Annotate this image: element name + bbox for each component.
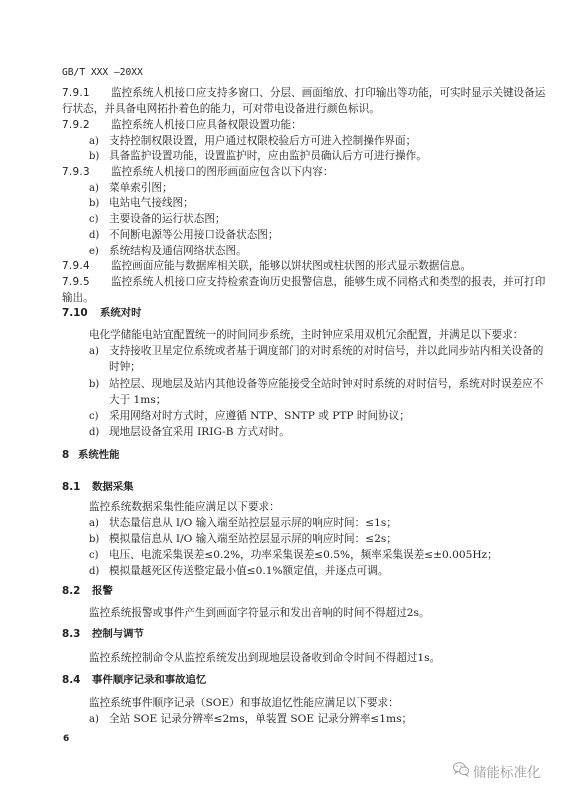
section-title: 数据采集 bbox=[92, 481, 134, 493]
list-item: b)电站电气接线图； bbox=[89, 196, 194, 211]
clause-text: 监控系统人机接口应具备权限设置功能： bbox=[111, 119, 302, 131]
list-marker: b) bbox=[89, 533, 109, 547]
chapter-title: 系统性能 bbox=[78, 449, 120, 461]
list-item: c)主要设备的运行状态图； bbox=[89, 212, 226, 227]
clause-text: 监控画面应能与数据库相关联，能够以饼状图或柱状图的形式显示数据信息。 bbox=[111, 260, 471, 272]
section-title: 系统对时 bbox=[100, 307, 142, 319]
section-intro: 监控系统事件顺序记录（SOE）和事故追忆性能应满足以下要求： bbox=[89, 696, 399, 710]
section-number: 8.2 bbox=[62, 584, 92, 598]
list-text: 不间断电源等公用接口设备状态图； bbox=[109, 229, 279, 241]
list-text: 模拟量越死区传送整定最小值≤0.1%额定值，并逐点可调。 bbox=[109, 565, 388, 577]
section-heading-8-2: 8.2报警 bbox=[62, 584, 113, 598]
section-intro: 电化学储能电站宜配置统一的时间同步系统，主时钟应采用双机冗余配置，并满足以下要求… bbox=[89, 328, 523, 342]
watermark: 储能标准化 bbox=[452, 761, 541, 781]
list-marker: a) bbox=[89, 345, 109, 359]
list-text: 采用网络对时方式时，应遵循 NTP、SNTP 或 PTP 时间协议； bbox=[109, 410, 410, 422]
clause-7-9-3: 7.9.3监控系统人机接口的图形画面应包含以下内容： bbox=[62, 165, 333, 179]
list-marker: d) bbox=[89, 229, 109, 243]
list-item: b)站控层、现地层及站内其他设备等应能接受全站时钟对时系统的对时信号，系统对时误… bbox=[89, 377, 543, 392]
clause-number: 7.9.4 bbox=[62, 259, 111, 273]
section-body: 监控系统控制命令从监控系统发出到现地层设备收到命令时间不得超过1s。 bbox=[89, 651, 440, 665]
list-text: 支持控制权限设置，用户通过权限校验后方可进入控制操作界面； bbox=[109, 135, 416, 147]
section-body: 监控系统报警或事件产生到画面字符显示和发出音响的时间不得超过2s。 bbox=[89, 606, 430, 620]
list-text: 系统结构及通信网络状态图。 bbox=[109, 245, 247, 257]
section-title: 控制与调节 bbox=[92, 628, 144, 640]
list-text: 全站 SOE 记录分辨率≤2ms，单装置 SOE 记录分辨率≤1ms； bbox=[109, 713, 412, 725]
section-number: 8.3 bbox=[62, 627, 92, 641]
section-heading-8-4: 8.4事件顺序记录和事故追忆 bbox=[62, 673, 206, 687]
section-number: 7.10 bbox=[62, 306, 100, 320]
list-item: b)模拟量信息从 I/O 输入端至站控层显示屏的响应时间：≤2s； bbox=[89, 532, 397, 547]
list-text: 支持接收卫星定位系统或者基于调度部门的对时系统的对时信号，并以此同步站内相关设备… bbox=[109, 345, 543, 357]
chapter-number: 8 bbox=[62, 448, 78, 462]
list-marker: b) bbox=[89, 150, 109, 164]
list-item: c)采用网络对时方式时，应遵循 NTP、SNTP 或 PTP 时间协议； bbox=[89, 409, 410, 424]
list-marker: d) bbox=[89, 565, 109, 579]
clause-number: 7.9.1 bbox=[62, 86, 111, 100]
list-marker: b) bbox=[89, 378, 109, 392]
list-item: d)现地层设备宜采用 IRIG-B 方式对时。 bbox=[89, 425, 290, 440]
list-marker: a) bbox=[89, 517, 109, 531]
clause-number: 7.9.5 bbox=[62, 275, 111, 289]
section-heading-8-3: 8.3控制与调节 bbox=[62, 627, 144, 641]
section-title: 报警 bbox=[92, 585, 113, 597]
list-item-cont: 大于 1ms； bbox=[109, 393, 166, 407]
list-item: b)具备监护设置功能，设置监护时，应由监护员确认后方可进行操作。 bbox=[89, 149, 427, 164]
list-item: d)不间断电源等公用接口设备状态图； bbox=[89, 228, 279, 243]
list-text: 模拟量信息从 I/O 输入端至站控层显示屏的响应时间：≤2s； bbox=[109, 533, 397, 545]
page-number: 6 bbox=[63, 732, 69, 746]
clause-7-9-4: 7.9.4监控画面应能与数据库相关联，能够以饼状图或柱状图的形式显示数据信息。 bbox=[62, 259, 471, 273]
list-item: a)菜单索引图； bbox=[89, 181, 173, 196]
list-item: d)模拟量越死区传送整定最小值≤0.1%额定值，并逐点可调。 bbox=[89, 564, 388, 579]
watermark-text: 储能标准化 bbox=[473, 761, 541, 781]
clause-7-9-5: 7.9.5监控系统人机接口应支持检索查询历史报警信息，能够生成不同格式和类型的报… bbox=[62, 275, 545, 289]
chapter-heading-8: 8系统性能 bbox=[62, 448, 120, 462]
clause-number: 7.9.2 bbox=[62, 118, 111, 132]
list-marker: c) bbox=[89, 549, 109, 563]
list-marker: a) bbox=[89, 135, 109, 149]
list-text: 现地层设备宜采用 IRIG-B 方式对时。 bbox=[109, 426, 290, 438]
clause-7-9-1: 7.9.1监控系统人机接口应支持多窗口、分层、画面缩放、打印输出等功能，可实时显… bbox=[62, 86, 545, 100]
list-item: a)支持接收卫星定位系统或者基于调度部门的对时系统的对时信号，并以此同步站内相关… bbox=[89, 344, 543, 359]
list-text: 菜单索引图； bbox=[109, 182, 173, 194]
list-text: 站控层、现地层及站内其他设备等应能接受全站时钟对时系统的对时信号，系统对时误差应… bbox=[109, 378, 543, 390]
wechat-icon bbox=[452, 761, 470, 781]
list-text: 状态量信息从 I/O 输入端至站控层显示屏的响应时间：≤1s； bbox=[109, 517, 397, 529]
clause-7-9-2: 7.9.2监控系统人机接口应具备权限设置功能： bbox=[62, 118, 302, 132]
clause-text: 监控系统人机接口应支持多窗口、分层、画面缩放、打印输出等功能，可实时显示关键设备… bbox=[111, 87, 545, 99]
list-marker: b) bbox=[89, 197, 109, 211]
list-item: e)系统结构及通信网络状态图。 bbox=[89, 244, 247, 259]
list-item-cont: 时钟； bbox=[109, 360, 141, 374]
list-marker: c) bbox=[89, 213, 109, 227]
section-heading-7-10: 7.10系统对时 bbox=[62, 306, 142, 320]
clause-text: 监控系统人机接口应支持检索查询历史报警信息，能够生成不同格式和类型的报表，并可打… bbox=[111, 276, 545, 288]
section-intro: 监控系统数据采集性能应满足以下要求： bbox=[89, 500, 280, 514]
list-text: 电站电气接线图； bbox=[109, 197, 194, 209]
clause-text: 监控系统人机接口的图形画面应包含以下内容： bbox=[111, 166, 333, 178]
list-text: 主要设备的运行状态图； bbox=[109, 213, 226, 225]
list-item: a)支持控制权限设置，用户通过权限校验后方可进入控制操作界面； bbox=[89, 134, 416, 149]
section-number: 8.1 bbox=[62, 480, 92, 494]
clause-7-9-5-cont: 输出。 bbox=[62, 291, 94, 305]
list-text: 电压、电流采集误差≤0.2%，功率采集误差≤0.5%，频率采集误差≤±0.005… bbox=[109, 549, 498, 561]
list-marker: c) bbox=[89, 410, 109, 424]
list-item: a)状态量信息从 I/O 输入端至站控层显示屏的响应时间：≤1s； bbox=[89, 516, 397, 531]
list-item: a)全站 SOE 记录分辨率≤2ms，单装置 SOE 记录分辨率≤1ms； bbox=[89, 712, 412, 727]
clause-7-9-1-cont: 行状态，并具备电网拓扑着色的能力，可对带电设备进行颜色标识。 bbox=[62, 102, 380, 116]
list-marker: d) bbox=[89, 426, 109, 440]
list-marker: a) bbox=[89, 713, 109, 727]
section-heading-8-1: 8.1数据采集 bbox=[62, 480, 134, 494]
clause-number: 7.9.3 bbox=[62, 165, 111, 179]
list-item: c)电压、电流采集误差≤0.2%，功率采集误差≤0.5%，频率采集误差≤±0.0… bbox=[89, 548, 498, 563]
standard-code-header: GB/T XXX —20XX bbox=[62, 66, 143, 80]
section-title: 事件顺序记录和事故追忆 bbox=[92, 674, 206, 686]
list-marker: a) bbox=[89, 182, 109, 196]
list-text: 具备监护设置功能，设置监护时，应由监护员确认后方可进行操作。 bbox=[109, 150, 427, 162]
section-number: 8.4 bbox=[62, 673, 92, 687]
list-marker: e) bbox=[89, 245, 109, 259]
